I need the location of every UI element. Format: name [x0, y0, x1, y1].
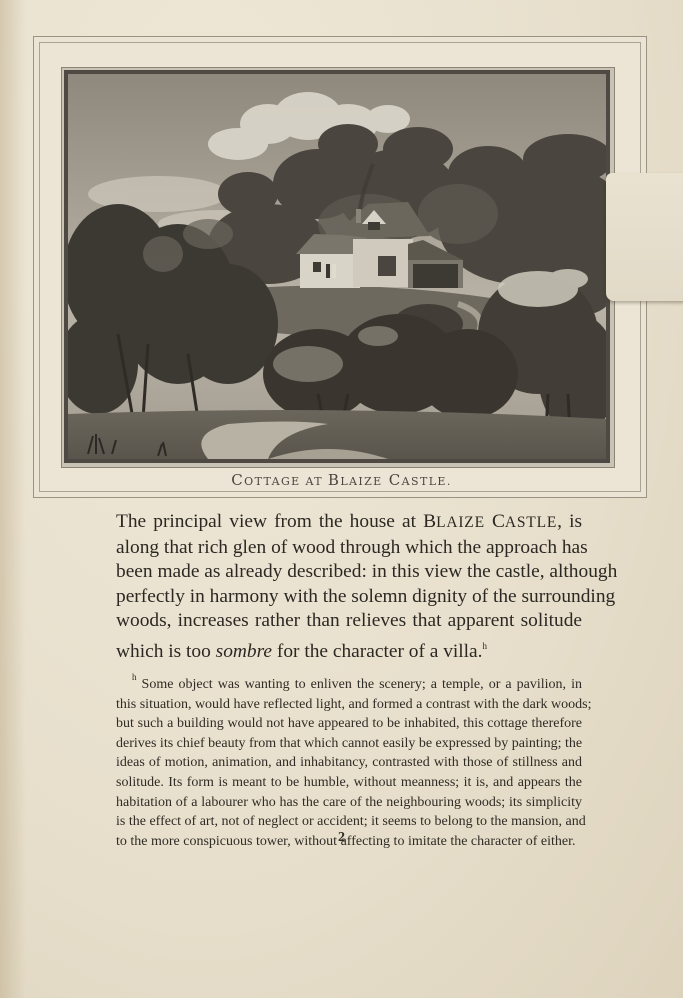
page-number: 2	[0, 830, 683, 846]
paper-flap-overlay[interactable]	[606, 173, 683, 301]
caption-text: B	[328, 471, 340, 489]
footnote-line: is the effect of art, not of neglect or …	[116, 812, 582, 832]
cottage-illustration	[64, 70, 610, 463]
footnote-line: habitation of a labourer who has the car…	[116, 793, 582, 813]
footnote: h Some object was wanting to enliven the…	[116, 668, 582, 851]
paragraph-line: been made as already described: in this …	[116, 560, 582, 585]
caption-text: ASTLE.	[402, 475, 452, 488]
caption-text: C	[231, 471, 244, 489]
paragraph-line: The principal view from the house at BLA…	[116, 510, 582, 536]
main-paragraph: The principal view from the house at BLA…	[116, 510, 582, 664]
paragraph-line: which is too sombre for the character of…	[116, 634, 582, 665]
footnote-line: but such a building would not have appea…	[116, 714, 582, 734]
page-gutter-shadow	[0, 0, 26, 998]
paragraph-line: perfectly in harmony with the solemn dig…	[116, 585, 582, 610]
paragraph-line: along that rich glen of wood through whi…	[116, 536, 582, 561]
paragraph-line: woods, increases rather than relieves th…	[116, 609, 582, 634]
footnote-line: this situation, would have reflected lig…	[116, 695, 582, 715]
caption-text: LAIZE	[340, 475, 382, 488]
caption-text: C	[383, 471, 402, 489]
footnote-line: ideas of motion, animation, and inhabita…	[116, 753, 582, 773]
plate-caption: COTTAGE AT BLAIZE CASTLE.	[0, 471, 683, 489]
footnote-line: solitude. Its form is meant to be humble…	[116, 773, 582, 793]
footnote-reference[interactable]: h	[483, 641, 488, 651]
footnote-line: derives its chief beauty from that which…	[116, 734, 582, 754]
footnote-line: h Some object was wanting to enliven the…	[116, 668, 582, 695]
caption-text: OTTAGE	[244, 475, 300, 488]
caption-text: AT	[301, 475, 328, 488]
